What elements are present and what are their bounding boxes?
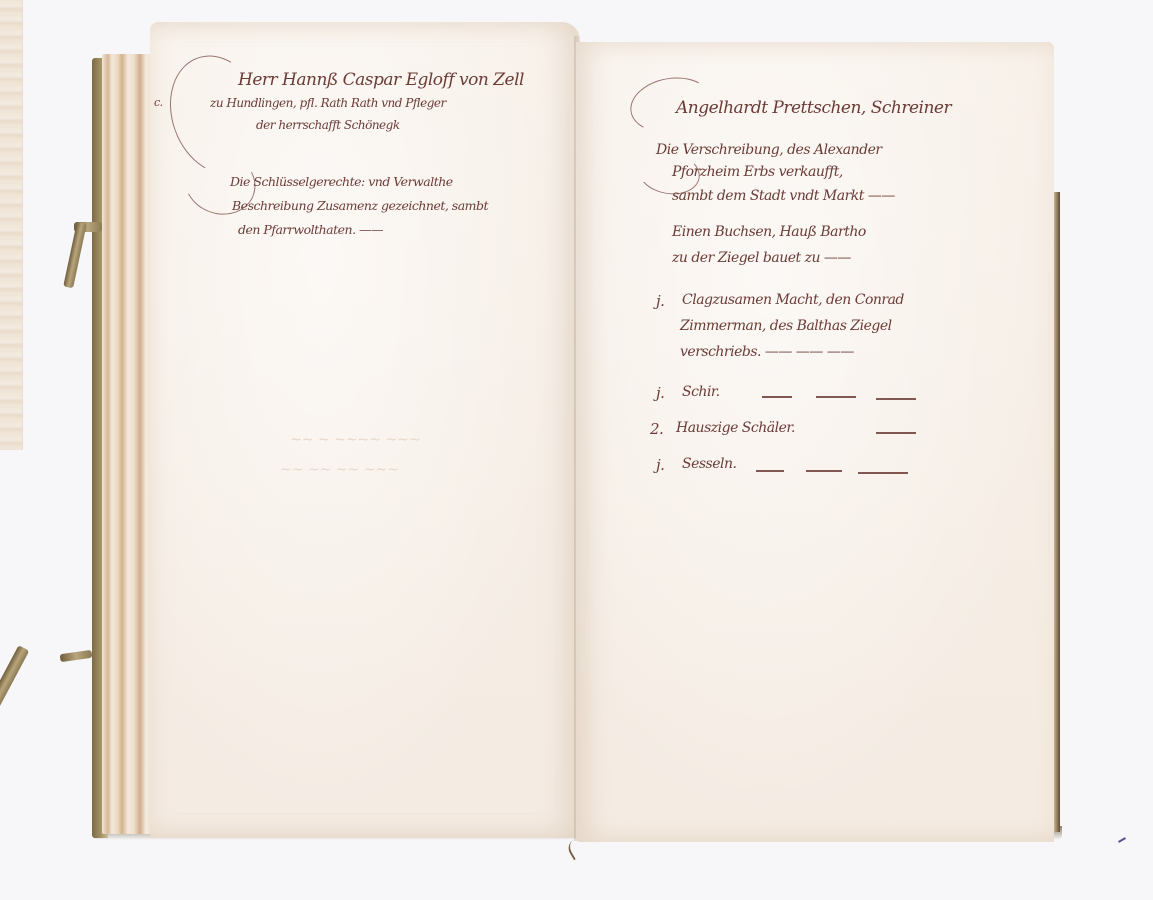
wooden-table-edge	[0, 0, 23, 450]
bleed-through-text: ~~ ~ ~~~~ ~~~	[290, 432, 421, 448]
manuscript-book: c. Herr Hannß Caspar Egloff von Zell zu …	[88, 22, 1070, 852]
left-page: c. Herr Hannß Caspar Egloff von Zell zu …	[150, 22, 580, 838]
paragraph-line: zu der Ziegel bauet zu ——	[672, 250, 851, 266]
entry-line: den Pfarrwolthaten. ——	[238, 222, 383, 237]
right-page: Angelhardt Prettschen, Schreiner Die Ver…	[576, 42, 1054, 842]
fill-dash	[858, 472, 908, 474]
fill-dash	[816, 396, 856, 398]
item-line: Clagzusamen Macht, den Conrad	[682, 292, 904, 308]
entry-line: Beschreibung Zusamenz gezeichnet, sambt	[232, 198, 488, 213]
item-quantity: j.	[656, 384, 664, 402]
bleed-through-text: ~~ ~~ ~~ ~~~	[280, 462, 399, 478]
item-line: Sesseln.	[682, 456, 736, 472]
item-line: Zimmerman, des Balthas Ziegel	[680, 318, 892, 334]
item-quantity: j.	[656, 456, 664, 474]
bookmark-ribbon	[63, 222, 87, 289]
right-page-heading: Angelhardt Prettschen, Schreiner	[676, 98, 951, 118]
item-line: Schir.	[682, 384, 720, 400]
margin-mark: c.	[154, 96, 163, 109]
paragraph-line: sambt dem Stadt vndt Markt ——	[672, 188, 895, 204]
paragraph-line: Einen Buchsen, Hauß Bartho	[672, 224, 866, 240]
entry-line: Herr Hannß Caspar Egloff von Zell	[238, 70, 524, 90]
fill-dash	[806, 470, 842, 472]
entry-line: zu Hundlingen, pfl. Rath Rath vnd Pflege…	[210, 96, 446, 110]
entry-line: Die Schlüsselgerechte: vnd Verwalthe	[230, 174, 453, 189]
fill-dash	[876, 432, 916, 434]
item-line: Hauszige Schäler.	[676, 420, 795, 436]
item-quantity: j.	[656, 292, 664, 310]
paragraph-line: Die Verschreibung, des Alexander	[656, 142, 882, 158]
paragraph-line: Pforzheim Erbs verkaufft,	[672, 164, 843, 180]
fill-dash	[876, 398, 916, 400]
pen-mark	[1118, 837, 1126, 843]
entry-line: der herrschafft Schönegk	[256, 118, 400, 132]
item-quantity: 2.	[650, 420, 663, 438]
book-cover-right-edge	[1054, 192, 1060, 832]
bookmark-ribbon	[0, 645, 29, 765]
fill-dash	[756, 470, 784, 472]
item-line: verschriebs. —— —— ——	[680, 344, 854, 360]
fill-dash	[762, 396, 792, 398]
